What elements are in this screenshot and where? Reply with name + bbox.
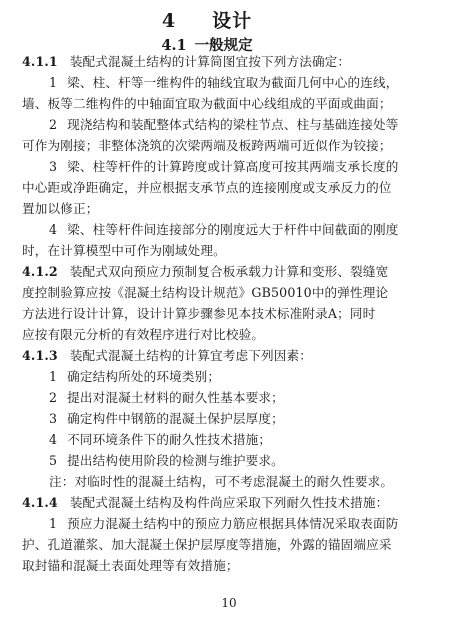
list-item: 2现浇结构和装配整体式结构的梁柱节点、柱与基础连接处等 [22,115,399,135]
item-text: 提出结构使用阶段的检测与维护要求。 [67,453,284,468]
clause-number: 4.1.3 [22,348,58,363]
list-item: 2提出对混凝土材料的耐久性基本要求； [22,388,284,408]
list-item: 4不同环境条件下的耐久性技术措施； [22,430,271,450]
item-number: 4 [49,432,57,447]
chapter-heading: 4设计 [0,6,436,33]
clause-text: 装配式混凝土结构及构件尚应采取下列耐久性技术措施： [70,495,389,510]
page-number: 10 [0,596,458,610]
item-number: 4 [49,222,57,237]
list-item: 4梁、柱等杆件间连接部分的刚度远大于杆件中间截面的刚度 [22,220,399,240]
note: 注：对临时性的混凝土结构，可不考虑混凝土的耐久性要求。 [22,472,393,492]
clause-number: 4.1.1 [22,54,58,69]
clause-4-1-3: 4.1.3装配式混凝土结构的计算宜考虑下列因素： [22,346,312,366]
item-text: 现浇结构和装配整体式结构的梁柱节点、柱与基础连接处等 [67,117,398,132]
item-text: 预应力混凝土结构中的预应力筋应根据具体情况采取表面防 [67,516,398,531]
clause-4-1-4: 4.1.4装配式混凝土结构及构件尚应采取下列耐久性技术措施： [22,493,388,513]
chapter-number: 4 [162,10,176,32]
list-item: 1确定结构所处的环境类别； [22,367,220,387]
item-text: 确定构件中钢筋的混凝土保护层厚度； [67,411,284,426]
text-line: 护、孔道灌浆、加大混凝土保护层厚度等措施，外露的锚固端应采 [22,535,392,555]
item-number: 5 [49,453,57,468]
list-item: 3确定构件中钢筋的混凝土保护层厚度； [22,409,284,429]
item-number: 1 [49,369,57,384]
clause-4-1-2: 4.1.2装配式双向预应力预制复合板承载力计算和变形、裂缝宽 [22,262,388,282]
list-item: 5提出结构使用阶段的检测与维护要求。 [22,451,284,471]
item-number: 3 [49,411,57,426]
text-line: 可作为刚接；非整体浇筑的次梁两端及板跨两端可近似作为铰接； [22,136,392,156]
clause-number: 4.1.4 [22,495,58,510]
item-number: 3 [49,159,57,174]
item-number: 2 [49,117,57,132]
text-line: 置加以修正； [22,199,98,219]
item-text: 梁、柱等杆件的计算跨度或计算高度可按其两端支承长度的 [67,159,398,174]
item-text: 梁、柱、杆等一维构件的轴线宜取为截面几何中心的连线， [67,75,398,90]
item-number: 2 [49,390,57,405]
list-item: 1梁、柱、杆等一维构件的轴线宜取为截面几何中心的连线， [22,73,399,93]
text-line: 中心距或净距确定，并应根据支承节点的连接刚度或支承反力的位 [22,178,392,198]
item-text: 确定结构所处的环境类别； [67,369,220,384]
clause-text: 装配式混凝土结构的计算宜考虑下列因素： [70,348,312,363]
text-line: 取封锚和混凝土表面处理等有效措施； [22,556,239,576]
text-line: 墙、板等二维构件的中轴面宜取为截面中心线组成的平面或曲面； [22,94,392,114]
clause-number: 4.1.2 [22,264,58,279]
chapter-title: 设计 [212,10,252,32]
item-number: 1 [49,516,57,531]
text-line: 度控制验算应按《混凝土结构设计规范》GB50010中的弹性理论 [22,283,388,303]
list-item: 1预应力混凝土结构中的预应力筋应根据具体情况采取表面防 [22,514,399,534]
text-line: 应按有限元分析的有效程序进行对比校验。 [22,325,264,345]
list-item: 3梁、柱等杆件的计算跨度或计算高度可按其两端支承长度的 [22,157,399,177]
clause-4-1-1: 4.1.1装配式混凝土结构的计算简图宜按下列方法确定： [22,52,350,72]
item-text: 不同环境条件下的耐久性技术措施； [67,432,271,447]
text-line: 时，在计算模型中可作为刚域处理。 [22,241,226,261]
item-text: 梁、柱等杆件间连接部分的刚度远大于杆件中间截面的刚度 [67,222,398,237]
item-number: 1 [49,75,57,90]
item-text: 提出对混凝土材料的耐久性基本要求； [67,390,284,405]
text-line: 方法进行设计计算，设计计算步骤参见本技术标准附录A；同时 [22,304,375,324]
clause-text: 装配式双向预应力预制复合板承载力计算和变形、裂缝宽 [70,264,389,279]
clause-text: 装配式混凝土结构的计算简图宜按下列方法确定： [70,54,350,69]
